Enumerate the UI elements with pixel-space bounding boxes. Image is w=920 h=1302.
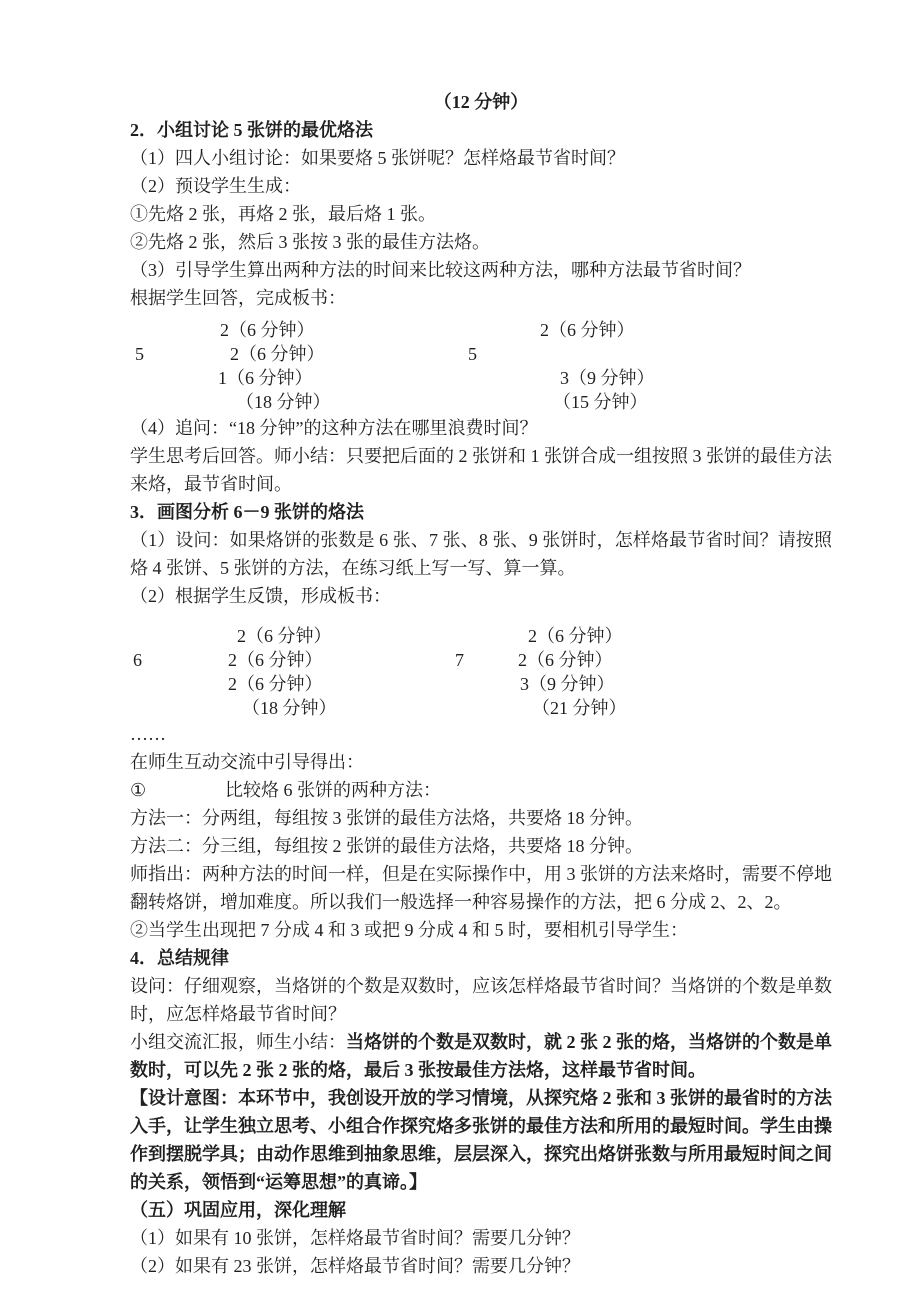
board-left-number: 6: [133, 648, 142, 672]
circled-one-marker: ①: [130, 776, 225, 804]
question-1: （1）如果有 10 张饼，怎样烙最节省时间？需要几分钟？: [130, 1224, 832, 1252]
section-2-paragraph-4: 根据学生回答，完成板书：: [130, 284, 832, 312]
ellipsis-line: ……: [130, 720, 832, 748]
summary-lead-in: 小组交流汇报，师生小结：: [130, 1032, 346, 1052]
board-6-7-pancakes: 2（6 分钟） 2（6 分钟） 6 2（6 分钟） 7 2（6 分钟） 2（6 …: [130, 624, 832, 720]
board-line: 2（6 分钟）: [230, 342, 325, 366]
board-line: 1（6 分钟）: [218, 366, 313, 390]
board-left-number: 5: [135, 342, 144, 366]
board-line: 2（6 分钟）: [518, 648, 613, 672]
board-total: （18 分钟）: [242, 696, 337, 720]
board-line: 3（9 分钟）: [520, 672, 615, 696]
board-5-pancakes: 2（6 分钟） 2（6 分钟） 5 2（6 分钟） 5 1（6 分钟） 3（9 …: [130, 318, 832, 414]
section-4-paragraph-1: 设问：仔细观察，当烙饼的个数是双数时，应该怎样烙最节省时间？当烙饼的个数是单数时…: [130, 972, 832, 1028]
section-3-heading: 3．画图分析 6－9 张饼的烙法: [130, 498, 832, 526]
board-right-number: 5: [468, 342, 477, 366]
section-5-heading: （五）巩固应用，深化理解: [130, 1196, 832, 1224]
board-line: 2（6 分钟）: [540, 318, 635, 342]
section-2-item-1: ①先烙 2 张，再烙 2 张，最后烙 1 张。: [130, 200, 832, 228]
board-line: 3（9 分钟）: [560, 366, 655, 390]
section-4-heading: 4．总结规律: [130, 944, 832, 972]
board-line: 2（6 分钟）: [228, 648, 323, 672]
board-right-number: 7: [455, 648, 464, 672]
section-2-paragraph-1: （1）四人小组讨论：如果要烙 5 张饼呢？怎样烙最节省时间？: [130, 144, 832, 172]
board-total: （15 分钟）: [553, 390, 648, 414]
lesson-plan-page: （12 分钟） 2．小组讨论 5 张饼的最优烙法 （1）四人小组讨论：如果要烙 …: [0, 0, 920, 1302]
duration-note: （12 分钟）: [130, 88, 832, 116]
section-3-paragraph-3: 在师生互动交流中引导得出：: [130, 748, 832, 776]
section-3-paragraph-4: 师指出：两种方法的时间一样，但是在实际操作中，用 3 张饼的方法来烙时，需要不停…: [130, 860, 832, 916]
board-line: 2（6 分钟）: [237, 624, 332, 648]
section-3-paragraph-1: （1）设问：如果烙饼的张数是 6 张、7 张、8 张、9 张饼时，怎样烙最节省时…: [130, 526, 832, 582]
method-line-2: 方法二：分三组，每组按 2 张饼的最佳方法烙，共要烙 18 分钟。: [130, 832, 832, 860]
section-3-item-1: ①比较烙 6 张饼的两种方法：: [130, 776, 832, 804]
section-3-item-1-text: 比较烙 6 张饼的两种方法：: [225, 780, 441, 800]
section-4-summary: 小组交流汇报，师生小结：当烙饼的个数是双数时，就 2 张 2 张的烙，当烙饼的个…: [130, 1028, 832, 1084]
board-total: （21 分钟）: [532, 696, 627, 720]
section-2-paragraph-2: （2）预设学生生成：: [130, 172, 832, 200]
section-3-paragraph-2: （2）根据学生反馈，形成板书：: [130, 582, 832, 610]
section-3-item-2: ②当学生出现把 7 分成 4 和 3 或把 9 分成 4 和 5 时，要相机引导…: [130, 916, 832, 944]
section-2-paragraph-6: 学生思考后回答。师小结：只要把后面的 2 张饼和 1 张饼合成一组按照 3 张饼…: [130, 442, 832, 498]
section-2-item-2: ②先烙 2 张，然后 3 张按 3 张的最佳方法烙。: [130, 228, 832, 256]
design-intent-note: 【设计意图：本环节中，我创设开放的学习情境，从探究烙 2 张和 3 张饼的最省时…: [130, 1084, 832, 1196]
section-2-paragraph-3: （3）引导学生算出两种方法的时间来比较这两种方法，哪种方法最节省时间？: [130, 256, 832, 284]
board-line: 2（6 分钟）: [228, 672, 323, 696]
board-line: 2（6 分钟）: [220, 318, 315, 342]
board-line: 2（6 分钟）: [528, 624, 623, 648]
method-line-1: 方法一：分两组，每组按 3 张饼的最佳方法烙，共要烙 18 分钟。: [130, 804, 832, 832]
section-2-paragraph-5: （4）追问：“18 分钟”的这种方法在哪里浪费时间？: [130, 414, 832, 442]
section-2-heading: 2．小组讨论 5 张饼的最优烙法: [130, 116, 832, 144]
question-2: （2）如果有 23 张饼，怎样烙最节省时间？需要几分钟？: [130, 1252, 832, 1280]
board-total: （18 分钟）: [236, 390, 331, 414]
